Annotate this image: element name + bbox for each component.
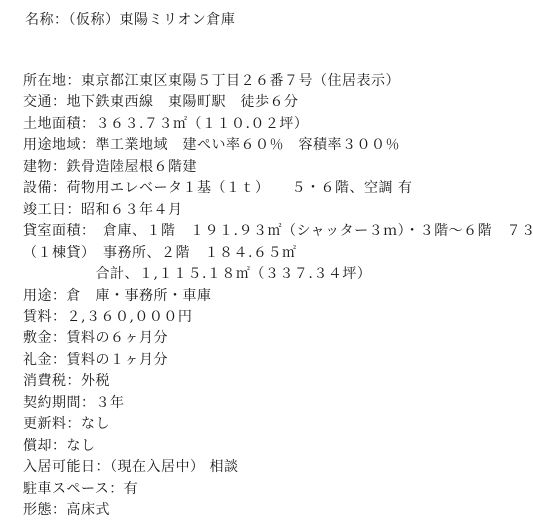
line-zoning: 用途地域：準工業地域 建ぺい率６０％ 容積率３００％	[23, 135, 529, 156]
line-floor-type: 形態：高床式	[23, 500, 529, 521]
line-usage: 用途：倉 庫・事務所・車庫	[23, 286, 529, 307]
document-title: 名称：（仮称）東陽ミリオン倉庫	[25, 10, 529, 31]
line-deposit: 敷金：賃料の６ヶ月分	[23, 328, 529, 349]
line-rent: 賃料：２,３６０,０００円	[23, 307, 529, 328]
line-location: 所在地：東京都江東区東陽５丁目２６番７号（住居表示）	[23, 71, 529, 92]
line-building: 建物：鉄骨造陸屋根６階建	[23, 157, 529, 178]
line-facilities: 設備：荷物用エレベータ１基（１ｔ） ５・６階、空調 有	[23, 178, 529, 199]
line-parking: 駐車スペース：有	[23, 479, 529, 500]
line-consumption-tax: 消費税：外税	[23, 371, 529, 392]
line-transport: 交通：地下鉄東西線 東陽町駅 徒歩６分	[23, 92, 529, 113]
line-completion-date: 竣工日：昭和６３年４月	[23, 200, 529, 221]
line-land-area: 土地面積：３６３.７３㎡（１１０.０２坪）	[23, 114, 529, 135]
line-amortization: 償却：なし	[23, 436, 529, 457]
line-renewal-fee: 更新料：なし	[23, 414, 529, 435]
line-rental-area-total: 合計、１,１１５.１８㎡（３３７.３４坪）	[23, 264, 529, 285]
line-move-in-date: 入居可能日：（現在入居中） 相談	[23, 457, 529, 478]
document-body: 所在地：東京都江東区東陽５丁目２６番７号（住居表示） 交通：地下鉄東西線 東陽町…	[23, 71, 529, 521]
document-page: 名称：（仮称）東陽ミリオン倉庫 所在地：東京都江東区東陽５丁目２６番７号（住居表…	[0, 0, 533, 521]
line-key-money: 礼金：賃料の１ヶ月分	[23, 350, 529, 371]
line-rental-area-1: 貸室面積： 倉庫、１階 １９１.９３㎡（シャッター３ｍ）・３階～６階 ７３８.６…	[23, 221, 529, 242]
line-contract-period: 契約期間：３年	[23, 393, 529, 414]
line-rental-area-2: （１棟貸） 事務所、２階 １８４.６５㎡	[23, 243, 529, 264]
